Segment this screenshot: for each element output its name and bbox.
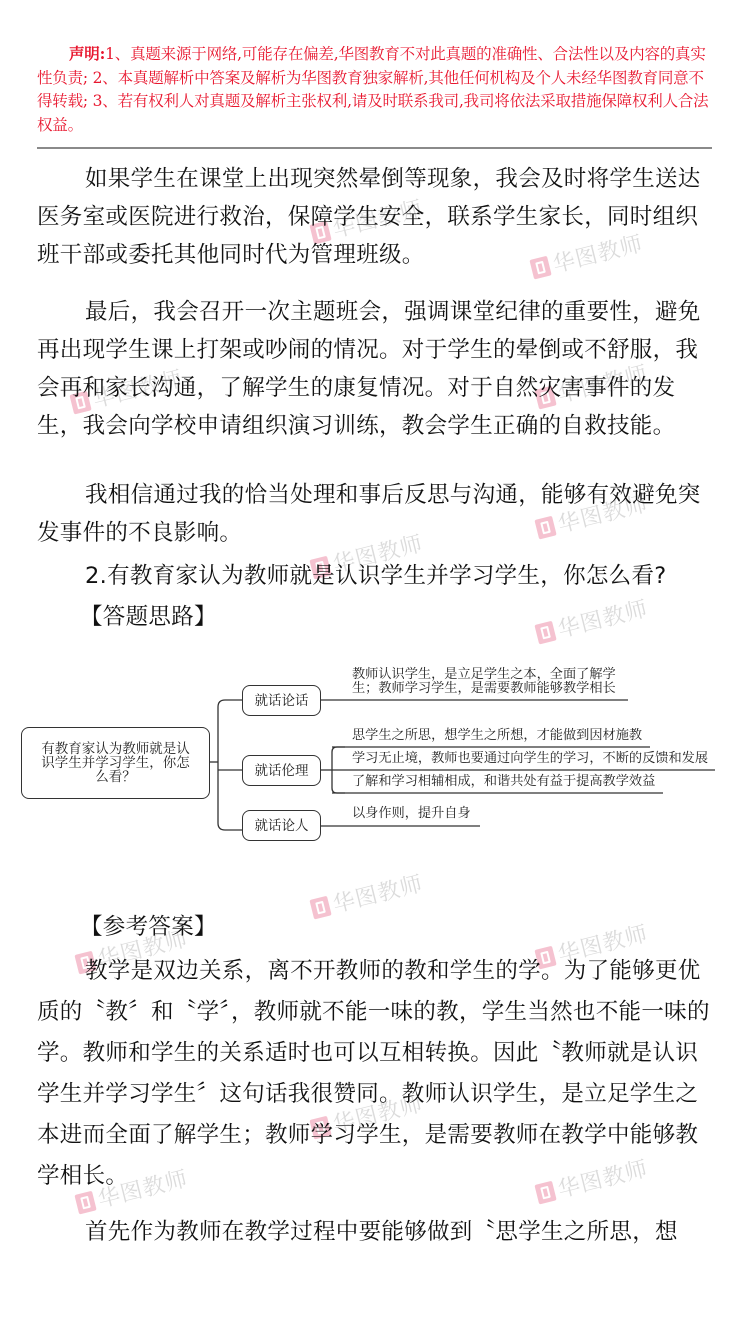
section-heading-answer: 【参考答案】 [80, 908, 748, 946]
mindmap-leaf: 教师认识学生，是立足学生之本，全面了解学生；教师学习学生，是需要教师能够教学相长 [352, 668, 617, 696]
mindmap-leaf: 学习无止境，教师也要通过向学生的学习，不断的反馈和发展 [352, 752, 708, 766]
disclaimer: 声明:1、真题来源于网络,可能存在偏差,华图教育不对此真题的准确性、合法性以及内… [37, 42, 712, 137]
mindmap-branch: 就话伦理 [242, 755, 321, 786]
mindmap-branch: 就话论话 [242, 685, 321, 716]
paragraph: 最后，我会召开一次主题班会，强调课堂纪律的重要性，避免再出现学生课上打架或吵闹的… [37, 293, 715, 445]
paragraph: 如果学生在课堂上出现突然晕倒等现象，我会及时将学生送达医务室或医院进行救治，保障… [37, 160, 715, 274]
mindmap-root: 有教育家认为教师就是认识学生并学习学生，你怎么看？ [21, 727, 210, 799]
answer-paragraph: 教学是双边关系，离不开教师的教和学生的学。为了能够更优质的〝教〞和〝学〞，教师就… [37, 951, 715, 1197]
mindmap-branch: 就话论人 [242, 810, 321, 841]
mindmap-leaf: 了解和学习相辅相成，和谐共处有益于提高教学效益 [352, 775, 655, 789]
answer-paragraph: 首先作为教师在教学过程中要能够做到〝思学生之所思，想 [37, 1213, 715, 1251]
question-title: 2.有教育家认为教师就是认识学生并学习学生，你怎么看? [37, 557, 715, 595]
section-heading-approach: 【答题思路】 [80, 598, 748, 636]
mindmap-leaf: 思学生之所思，想学生之所想，才能做到因材施教 [352, 729, 642, 743]
header-divider [37, 147, 712, 149]
paragraph: 我相信通过我的恰当处理和事后反思与沟通，能够有效避免突发事件的不良影响。 [37, 476, 715, 552]
disclaimer-text: 1、真题来源于网络,可能存在偏差,华图教育不对此真题的准确性、合法性以及内容的真… [37, 45, 708, 134]
disclaimer-label: 声明: [69, 44, 105, 63]
mindmap-leaf: 以身作则，提升自身 [352, 807, 471, 821]
